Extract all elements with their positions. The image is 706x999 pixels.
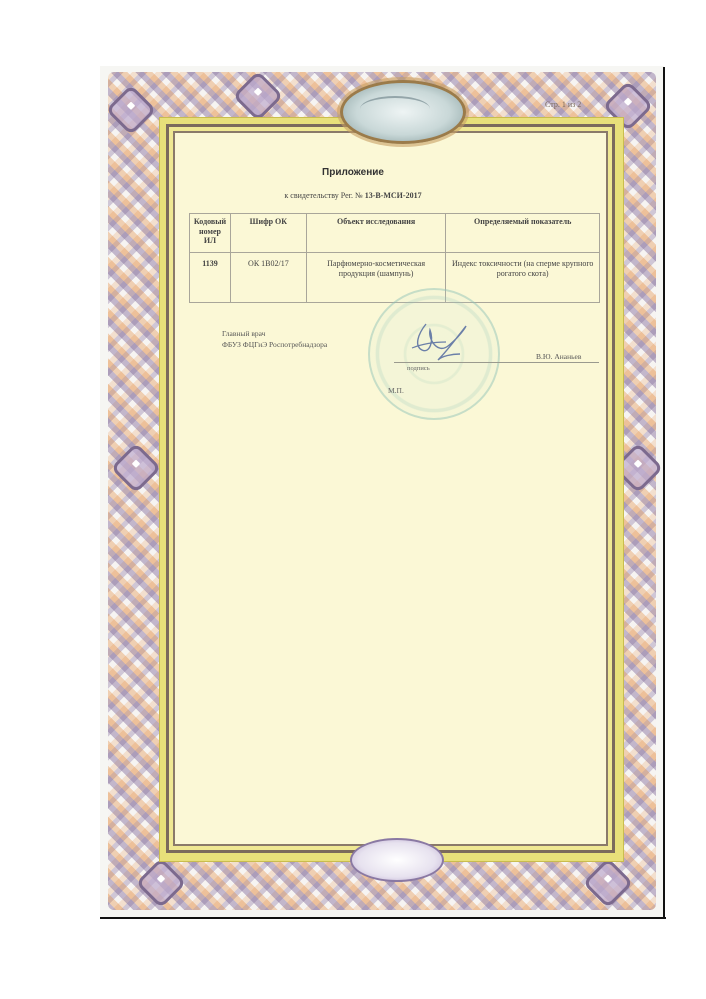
signatory-position: Главный врач bbox=[222, 329, 327, 340]
page-edge-bottom bbox=[100, 917, 666, 919]
medallion-swirl-icon bbox=[360, 96, 430, 122]
page-edge-right bbox=[663, 67, 665, 919]
document-title: Приложение bbox=[0, 167, 706, 178]
signatory-role: Главный врач ФБУЗ ФЦГиЭ Роспотребнадзора bbox=[222, 329, 327, 351]
bottom-medallion-icon bbox=[350, 838, 444, 882]
document-subtitle: к свидетельству Рег. № 13-В-МСИ-2017 bbox=[0, 191, 706, 200]
header-ok-cipher: Шифр ОК bbox=[230, 214, 306, 253]
table-row: 1139 ОК 1В02/17 Парфюмерно-косметическая… bbox=[190, 253, 600, 303]
signatory-organization: ФБУЗ ФЦГиЭ Роспотребнадзора bbox=[222, 340, 327, 351]
cell-code-number: 1139 bbox=[190, 253, 231, 303]
cell-indicator: Индекс токсичности (на сперме крупного р… bbox=[446, 253, 600, 303]
signature-line bbox=[394, 362, 599, 363]
header-code-number: Кодовый номер ИЛ bbox=[190, 214, 231, 253]
table-header-row: Кодовый номер ИЛ Шифр ОК Объект исследов… bbox=[190, 214, 600, 253]
annex-table: Кодовый номер ИЛ Шифр ОК Объект исследов… bbox=[189, 213, 600, 303]
signatory-name: В.Ю. Ананьев bbox=[536, 352, 581, 361]
signature-icon bbox=[408, 320, 468, 368]
seal-label: М.П. bbox=[388, 386, 404, 395]
header-indicator: Определяемый показатель bbox=[446, 214, 600, 253]
page-indicator: Стр. 1 из 2 bbox=[545, 100, 581, 109]
header-research-object: Объект исследования bbox=[306, 214, 446, 253]
subtitle-prefix: к свидетельству Рег. № bbox=[284, 191, 362, 200]
cell-ok-cipher: ОК 1В02/17 bbox=[230, 253, 306, 303]
signature-caption: подпись bbox=[407, 365, 430, 372]
registration-number: 13-В-МСИ-2017 bbox=[365, 191, 422, 200]
